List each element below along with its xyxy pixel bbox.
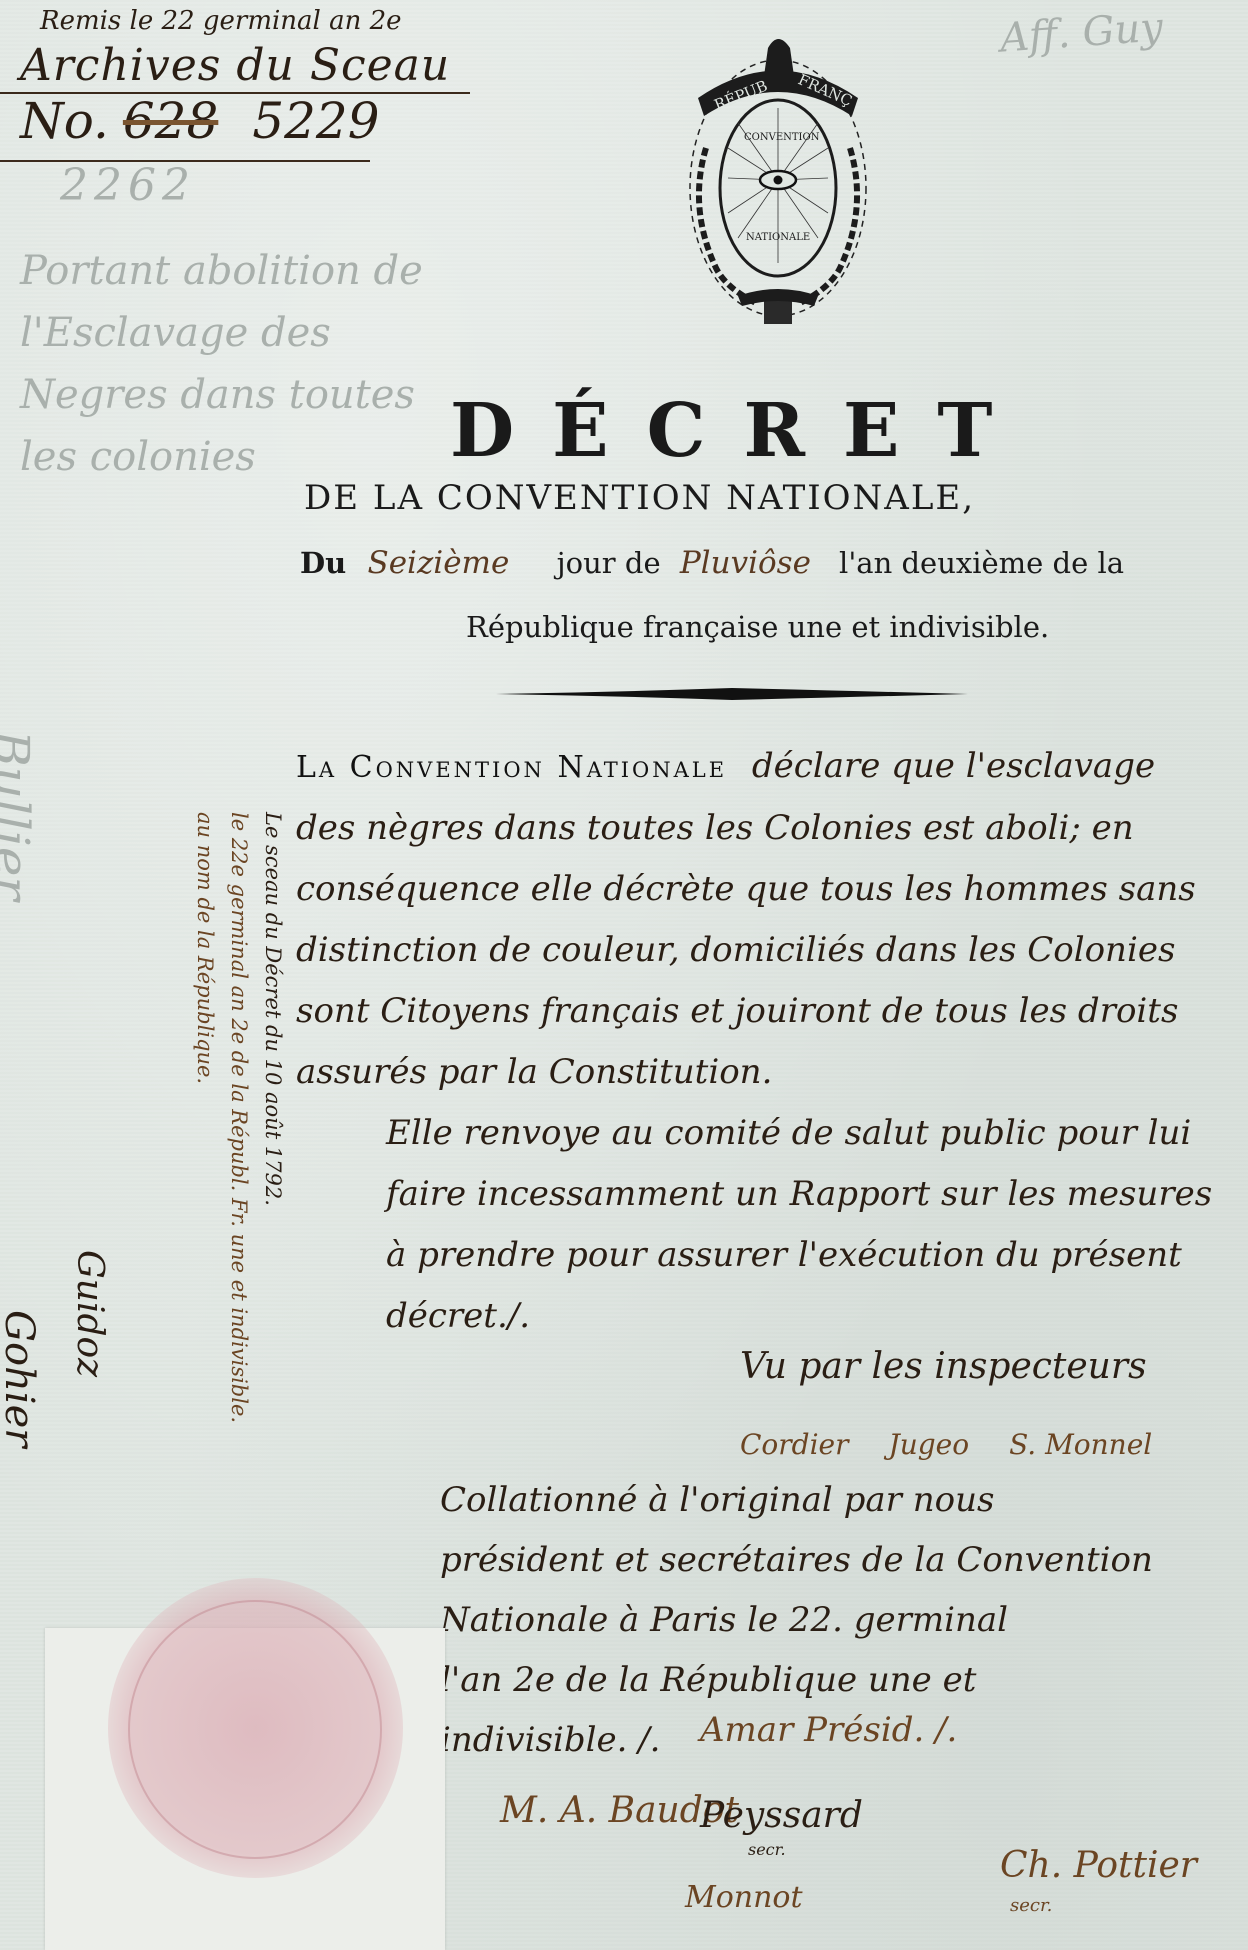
ornamental-rule — [496, 686, 968, 700]
secretary-signature: Ch. Pottier — [1000, 1845, 1197, 1886]
margin-note-line-2: le 22e germinal an 2e de la Républ. Fr. … — [222, 812, 256, 1452]
document-subtitle: DE LA CONVENTION NATIONALE, — [304, 478, 975, 518]
registry-archive-label: Archives du Sceau — [20, 40, 450, 91]
inspector-note: Vu par les inspecteurs — [740, 1346, 1147, 1387]
secretary-signature: Monnot — [685, 1880, 803, 1915]
date-middle: jour de — [557, 546, 661, 580]
decree-paragraph-1: La Convention Nationale déclare que l'es… — [296, 736, 1216, 1103]
pencil-signature: Bullier — [0, 730, 40, 900]
document-title: DÉCRET — [450, 388, 1030, 474]
date-prefix: Du — [300, 546, 346, 580]
registry-received-note: Remis le 22 germinal an 2e — [40, 6, 402, 36]
svg-text:CONVENTION: CONVENTION — [744, 132, 820, 143]
pencil-archive-number: 2262 — [60, 160, 196, 211]
date-month-filled: Pluviôse — [670, 545, 830, 581]
pencil-summary-note: Portant abolition de l'Esclavage des Neg… — [20, 240, 470, 488]
date-suffix: l'an deuxième de la — [839, 546, 1124, 580]
certification-line: l'an 2e de la République une et — [440, 1650, 1230, 1710]
secretary-title: secr. — [1010, 1895, 1052, 1916]
margin-note: Le sceau du Décret du 10 août 1792. le 2… — [170, 812, 290, 1452]
margin-note-line-3: au nom de la République. — [188, 812, 222, 1452]
seal-ring — [128, 1600, 382, 1859]
signature: S. Monnel — [1009, 1428, 1152, 1461]
certification-line: Nationale à Paris le 22. germinal — [440, 1590, 1230, 1650]
signature: Jugeo — [889, 1428, 970, 1461]
president-signature: Amar Présid. /. — [700, 1710, 957, 1750]
registry-number: No.6285229 — [20, 92, 380, 150]
pencil-annotation: Aff. Guy — [999, 4, 1165, 61]
registry-number-current: 5229 — [252, 92, 379, 150]
margin-note-line-1: Le sceau du Décret du 10 août 1792. — [256, 812, 290, 1452]
registry-number-struck: 628 — [123, 92, 218, 150]
convention-seal-icon: RÉPUB FRANÇ CONVENTION NATIONALE — [678, 28, 878, 328]
certification-line: Collationné à l'original par nous — [440, 1470, 1230, 1530]
svg-text:FRANÇ: FRANÇ — [795, 70, 855, 110]
svg-text:NATIONALE: NATIONALE — [746, 232, 810, 243]
decree-paragraph-2: Elle renvoye au comité de salut public p… — [296, 1103, 1216, 1347]
inspector-signatures: Cordier Jugeo S. Monnel — [740, 1428, 1240, 1461]
margin-signature: Gohier — [0, 1310, 42, 1447]
registry-number-label: No. — [20, 92, 109, 150]
signature: Cordier — [740, 1428, 849, 1461]
printed-lead: La Convention Nationale — [296, 750, 727, 785]
date-day-filled: Seizième — [355, 545, 547, 581]
secretary-signature: Peyssard — [700, 1795, 863, 1836]
decree-text-1: déclare que l'esclavage des nègres dans … — [296, 746, 1196, 1092]
margin-signature: Guidoz — [69, 1250, 110, 1377]
certification-line: président et secrétaires de la Conventio… — [440, 1530, 1230, 1590]
decree-body: La Convention Nationale déclare que l'es… — [296, 736, 1216, 1347]
date-line: Du Seizième jour de Pluviôse l'an deuxiè… — [300, 545, 1124, 581]
secretary-title: secr. — [748, 1840, 786, 1859]
republic-line: République française une et indivisible. — [466, 610, 1049, 644]
republic-emblem: RÉPUB FRANÇ CONVENTION NATIONALE — [678, 28, 878, 328]
